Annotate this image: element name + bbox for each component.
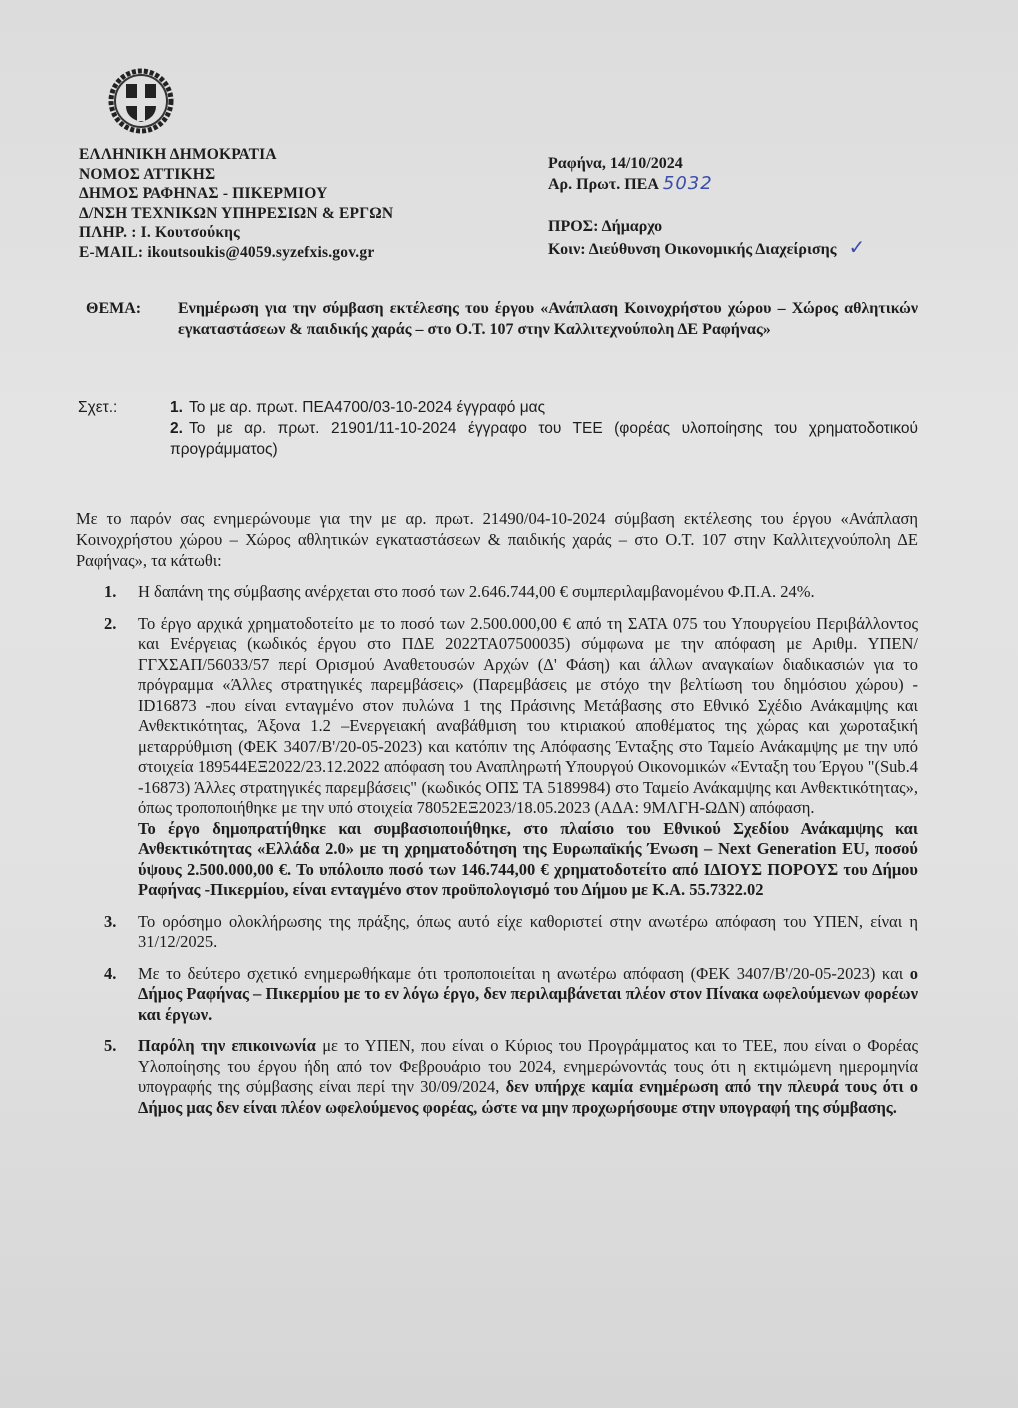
point-text: Το έργο αρχικά χρηματοδοτείτο με το ποσό… (138, 614, 918, 819)
issuer-line-municipality: ΔΗΜΟΣ ΡΑΦΗΝΑΣ - ΠΙΚΕΡΜΙΟΥ (79, 184, 393, 204)
point-text: Το ορόσημο ολοκλήρωσης της πράξης, όπως … (138, 912, 918, 953)
issuer-block: ΕΛΛΗΝΙΚΗ ΔΗΜΟΚΡΑΤΙΑ ΝΟΜΟΣ ΑΤΤΙΚΗΣ ΔΗΜΟΣ … (79, 145, 393, 262)
related-item-number: 2. (170, 420, 183, 437)
related-label: Σχετ.: (78, 397, 117, 418)
issuer-line-department: Δ/ΝΣΗ ΤΕΧΝΙΚΩΝ ΥΠΗΡΕΣΙΩΝ & ΕΡΓΩΝ (79, 204, 393, 224)
check-mark-icon: ✓ (848, 235, 865, 259)
point-1: 1. Η δαπάνη της σύμβασης ανέρχεται στο π… (104, 582, 918, 603)
point-text: Με το δεύτερο σχετικό ενημερωθήκαμε ότι … (138, 964, 918, 1026)
issuer-line-prefecture: ΝΟΜΟΣ ΑΤΤΙΚΗΣ (79, 165, 393, 185)
point-number: 3. (104, 912, 116, 933)
date-line: Ραφήνα, 14/10/2024 (548, 154, 865, 174)
protocol-line: Αρ. Πρωτ. ΠΕΑ5032 (548, 174, 865, 195)
point-4: 4. Με το δεύτερο σχετικό ενημερωθήκαμε ό… (104, 964, 918, 1026)
protocol-label: Αρ. Πρωτ. ΠΕΑ (548, 176, 659, 193)
cc-line: Κοιν: Διεύθυνση Οικονομικής Διαχείρισης✓ (548, 237, 865, 260)
point-text: Η δαπάνη της σύμβασης ανέρχεται στο ποσό… (138, 582, 918, 603)
cc-text: Κοιν: Διεύθυνση Οικονομικής Διαχείρισης (548, 241, 836, 258)
related-item-text: Το με αρ. πρωτ. ΠΕΑ4700/03-10-2024 έγγρα… (189, 399, 545, 416)
point-5: 5. Παρόλη την επικοινωνία με το ΥΠΕΝ, πο… (104, 1036, 918, 1118)
point-number: 4. (104, 964, 116, 985)
related-item: 2.Το με αρ. πρωτ. 21901/11-10-2024 έγγρα… (170, 418, 918, 460)
related-item-number: 1. (170, 399, 183, 416)
to-line: ΠΡΟΣ: Δήμαρχο (548, 217, 865, 237)
issuer-line-email: E-MAIL: ikoutsoukis@4059.syzefxis.gov.gr (79, 243, 393, 263)
issuer-line-contact: ΠΛΗΡ. : Ι. Κουτσούκης (79, 223, 393, 243)
related-documents: Σχετ.: 1.Το με αρ. πρωτ. ΠΕΑ4700/03-10-2… (78, 397, 918, 460)
greek-coat-of-arms-icon (108, 68, 174, 134)
protocol-number-handwritten: 5032 (663, 173, 713, 194)
intro-paragraph: Με το παρόν σας ενημερώνουμε για την με … (76, 508, 918, 571)
point-bold-text: Το έργο δημοπρατήθηκε και συμβασιοποιήθη… (138, 819, 918, 901)
subject-block: ΘΕΜΑ: Ενημέρωση για την σύμβαση εκτέλεση… (86, 298, 918, 340)
point-2: 2. Το έργο αρχικά χρηματοδοτείτο με το π… (104, 614, 918, 901)
point-number: 2. (104, 614, 116, 635)
subject-text: Ενημέρωση για την σύμβαση εκτέλεσης του … (178, 298, 918, 340)
related-item-text: Το με αρ. πρωτ. 21901/11-10-2024 έγγραφο… (170, 420, 918, 458)
point-number: 5. (104, 1036, 116, 1057)
subject-label: ΘΕΜΑ: (86, 298, 141, 319)
related-item: 1.Το με αρ. πρωτ. ΠΕΑ4700/03-10-2024 έγγ… (170, 397, 918, 418)
point-text-regular: Με το δεύτερο σχετικό ενημερωθήκαμε ότι … (138, 964, 910, 983)
point-text-bold: Παρόλη την επικοινωνία (138, 1036, 316, 1055)
issuer-line-country: ΕΛΛΗΝΙΚΗ ΔΗΜΟΚΡΑΤΙΑ (79, 145, 393, 165)
points-list: 1. Η δαπάνη της σύμβασης ανέρχεται στο π… (104, 582, 918, 1129)
point-3: 3. Το ορόσημο ολοκλήρωσης της πράξης, όπ… (104, 912, 918, 953)
recipient-block: Ραφήνα, 14/10/2024 Αρ. Πρωτ. ΠΕΑ5032 ΠΡΟ… (548, 154, 865, 260)
point-text: Παρόλη την επικοινωνία με το ΥΠΕΝ, που ε… (138, 1036, 918, 1118)
point-number: 1. (104, 582, 116, 603)
